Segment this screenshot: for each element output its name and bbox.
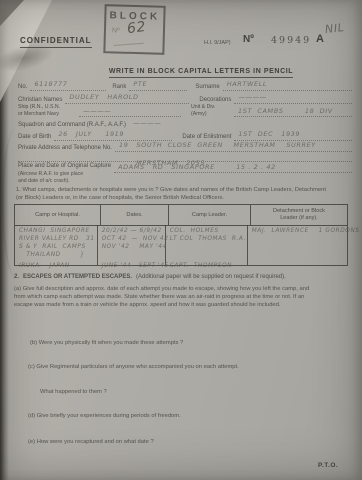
- header-dates: Dates.: [101, 205, 169, 225]
- field-capture-sublabel: (Aircrew R.A.F. to give place and date o…: [18, 171, 83, 184]
- field-no-value: 6118777: [30, 81, 106, 91]
- field-enlistment-label: Date of Enlistment: [172, 134, 234, 141]
- pencil-note-nil: NIL: [324, 21, 345, 36]
- field-address-label: Private Address and Telephone No.: [18, 145, 115, 152]
- dates-entry: [102, 251, 163, 259]
- field-no-label: No.: [18, 84, 30, 91]
- escapes-question-a: (a) Give full description and approx. da…: [14, 285, 354, 309]
- stamp-squiggle: [114, 43, 144, 46]
- field-squadron-value: ————: [129, 120, 352, 129]
- field-capture-label: Place and Date of Original Capture: [18, 163, 114, 169]
- field-ship-label-line2: or Merchant Navy: [18, 111, 59, 117]
- pto-marking: P.T.O.: [318, 462, 338, 469]
- field-dob-value: 26 JULY 1919: [54, 131, 172, 141]
- escapes-question-c: (c) Give Regimental particulars of anyon…: [28, 363, 239, 371]
- dates-entry: NOV '42 MAY '44: [102, 243, 163, 251]
- field-ship-value: ————: [79, 107, 181, 117]
- field-surname-label: Surname: [187, 84, 222, 91]
- leader-entry: [170, 251, 245, 259]
- field-unit-value: 1ST CAMBS 18 DIV: [234, 107, 352, 117]
- field-capture-sublabel-line2: and date of a/c crash).: [18, 178, 70, 184]
- camp-entry: THAILAND }: [19, 251, 95, 259]
- camp-entry: CHANGI SINGAPORE: [19, 227, 95, 235]
- form-title: WRITE IN BLOCK CAPITAL LETTERS IN PENCIL: [36, 68, 362, 75]
- field-decorations-value: ————: [234, 94, 352, 104]
- camps-table-body: CHANGI SINGAPORE RIVER VALLEY RD 31 S & …: [15, 225, 347, 265]
- leader-entry: [170, 243, 245, 251]
- escapes-question-c-followup: What happened to them ?: [40, 388, 107, 396]
- field-ship-label: Ship (R.N., U.S.N. or Merchant Navy: [18, 104, 79, 117]
- cell-camp-or-hospital: CHANGI SINGAPORE RIVER VALLEY RD 31 S & …: [15, 225, 98, 265]
- pow-form-page: BLOCK Nº 62 CONFIDENTIAL H.I. 9/JAP) Nº …: [0, 0, 362, 480]
- camp-entry: IRUKA JAPAN: [19, 262, 95, 270]
- cell-camp-leader: COL. HOLMES LT COL THOMAS R.A. CAPT. THO…: [166, 225, 248, 265]
- field-address-value: 19 SOUTH CLOSE GREEN MERSTHAM SURREY: [115, 142, 352, 152]
- form-title-text: WRITE IN BLOCK CAPITAL LETTERS IN PENCIL: [109, 68, 293, 78]
- leader-entry: COL. HOLMES: [170, 227, 245, 235]
- escapes-question-e: (e) How were you recaptured and on what …: [28, 438, 154, 446]
- field-dob-label: Date of Birth: [18, 134, 54, 141]
- stamp-block-number: 62: [126, 19, 147, 37]
- question-1: 1. What camps, detachments or hospitals …: [16, 187, 354, 202]
- field-enlistment-value: 1ST DEC 1939: [234, 131, 352, 141]
- confidential-marking: CONFIDENTIAL: [20, 36, 92, 48]
- escapes-section-title: ESCAPES OR ATTEMPTED ESCAPES.: [23, 274, 132, 280]
- header-camp-leader: Camp Leader.: [169, 205, 251, 225]
- escapes-section-number: 2.: [14, 274, 19, 280]
- field-decorations-label: Decorations: [189, 97, 234, 104]
- field-christian-names-label: Christian Names: [18, 97, 65, 104]
- field-unit-label-line1: Unit & Div.: [191, 104, 215, 110]
- camp-entry: S & Y RAIL CAMPS: [19, 243, 95, 251]
- field-capture-sublabel-line1: (Aircrew R.A.F. to give place: [18, 171, 83, 177]
- dates-entry: JUNE '44 - SEPT '45: [102, 262, 163, 270]
- field-unit-label-line2: (Army): [191, 111, 207, 117]
- camp-entry: RIVER VALLEY RD 31: [19, 235, 95, 243]
- escapes-a-line2: from which camp each attempt was made. S…: [14, 293, 354, 301]
- field-rank-value: PTE: [129, 81, 187, 91]
- cell-block-leader: MAJ. LAWRENCE 1 GORDONS: [248, 225, 362, 265]
- escapes-question-b: (b) Were you physically fit when you mad…: [30, 339, 183, 347]
- leader-entry: LT COL THOMAS R.A.: [170, 235, 245, 243]
- escapes-a-line3: escape was made from a train or vehicle …: [14, 301, 354, 309]
- camps-table: Camp or Hospital. Dates. Camp Leader. De…: [14, 204, 348, 266]
- escapes-section-note: (Additional paper will be supplied on re…: [136, 274, 286, 280]
- stamp-no-label: Nº: [112, 27, 120, 34]
- escapes-section-heading: 2. ESCAPES OR ATTEMPTED ESCAPES. (Additi…: [14, 274, 286, 280]
- escapes-a-line1: (a) Give full description and approx. da…: [14, 285, 354, 293]
- camps-table-header: Camp or Hospital. Dates. Camp Leader. De…: [15, 205, 347, 226]
- cell-dates: 20/2/42 — 6/9/42 OCT 42 — NOV 42 NOV '42…: [98, 225, 166, 265]
- serial-number: 49949: [271, 35, 311, 46]
- field-squadron-label: Squadron and Command (R.A.F., A.A.F.): [18, 122, 129, 129]
- header-block-leader: Detachment or BlockLeader (if any).: [251, 205, 347, 225]
- field-unit-label: Unit & Div. (Army): [181, 104, 234, 117]
- leader-entry: CAPT. THOMPSON: [170, 262, 245, 270]
- field-ship-label-line1: Ship (R.N., U.S.N.: [18, 104, 60, 110]
- form-reference: H.I. 9/JAP): [204, 40, 231, 46]
- header-camp-or-hospital: Camp or Hospital.: [15, 205, 101, 225]
- escapes-question-d: (d) Give briefly your experiences during…: [28, 412, 181, 420]
- block-leader-entry: MAJ. LAWRENCE 1 GORDONS: [252, 227, 360, 235]
- question-1-line1: 1. What camps, detachments or hospitals …: [16, 187, 354, 195]
- question-1-line2: (or Block) Leaders or, in the case of ho…: [16, 195, 354, 203]
- dates-entry: OCT 42 — NOV 42: [102, 235, 163, 243]
- series-letter: A: [316, 33, 324, 45]
- serial-no-label: Nº: [243, 34, 254, 45]
- field-rank-label: Rank: [106, 84, 129, 91]
- block-number-stamp: BLOCK Nº 62: [103, 4, 165, 55]
- field-surname-value: HARTWELL: [223, 81, 352, 91]
- dates-entry: 20/2/42 — 6/9/42: [102, 227, 163, 235]
- field-christian-names-value: DUDLEY HAROLD: [65, 94, 189, 104]
- field-capture-value: ADAMS RD SINGAPORE 15 . 2 . 42: [114, 163, 352, 173]
